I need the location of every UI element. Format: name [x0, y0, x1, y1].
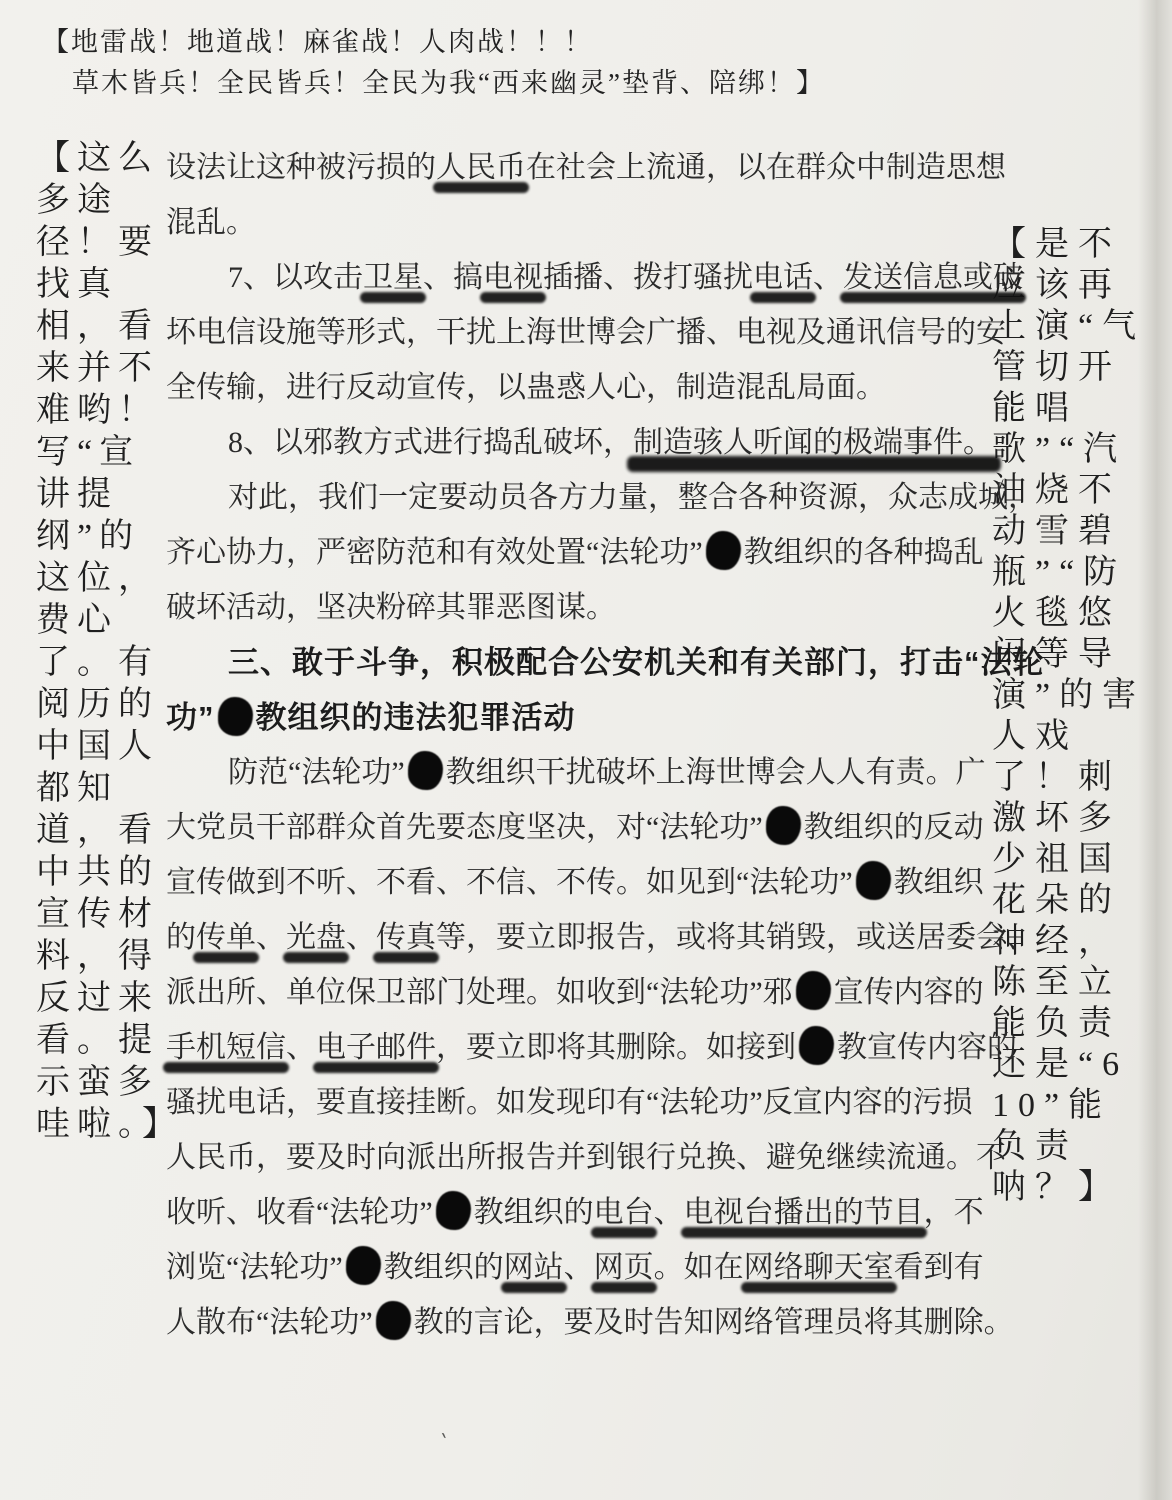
body-text: 8、以邪教方式进行捣乱破坏，	[228, 426, 633, 459]
body-line: 人散布“法轮功”教的言论，要及时告知网络管理员将其删除。	[166, 1295, 984, 1350]
body-line: 的传单、光盘、传真等，要立即报告，或将其销毁，或送居委会、	[166, 910, 984, 965]
body-line: 混乱。	[166, 195, 984, 250]
body-text: ，不	[924, 1196, 984, 1229]
body-text: 在社会上流通，以在群众中制造思想	[526, 151, 1006, 184]
redaction-blob	[218, 697, 253, 736]
marker-underlined-text: 光盘	[286, 921, 346, 954]
redaction-blob	[856, 861, 891, 900]
scanned-document-page: { "page": { "paper_color": "#f0efeb", "i…	[0, 0, 1172, 1500]
body-text: 的	[166, 921, 196, 954]
redaction-blob	[766, 806, 801, 845]
body-line: 大党员干部群众首先要态度坚决，对“法轮功”教组织的反动	[166, 800, 984, 855]
body-line: 对此，我们一定要动员各方力量，整合各种资源，众志成城，	[166, 470, 984, 525]
body-line: 设法让这种被污损的人民币在社会上流通，以在群众中制造思想	[166, 140, 984, 195]
redaction-blob	[706, 531, 741, 570]
body-line: 防范“法轮功”教组织干扰破坏上海世博会人人有责。广	[166, 745, 984, 800]
body-text: 看到有	[894, 1251, 984, 1284]
marker-underlined-text: 手机短信	[166, 1031, 286, 1064]
body-text: 骚扰电话，要直接挂断。如发现印有“法轮功”反宣内容的污损	[166, 1086, 973, 1119]
marker-underlined-text: 电视台播出的节目	[684, 1196, 924, 1229]
body-text: 齐心协力，严密防范和有效处置“法轮功”	[166, 536, 703, 569]
body-line: 破坏活动，坚决粉碎其罪恶图谋。	[166, 580, 984, 635]
top-margin-annotation: 【地雷战！地道战！麻雀战！人肉战！！！ 草木皆兵！全民皆兵！全民为我“西来幽灵”…	[42, 22, 962, 104]
body-line: 全传输，进行反动宣传，以蛊惑人心，制造混乱局面。	[166, 360, 984, 415]
body-line: 功”教组织的违法犯罪活动	[166, 690, 984, 745]
left-margin-annotation: 【这么多途径！要找真相，看来并不难哟！写“宣讲提纲”的这位，费心了。有阅历的中国…	[36, 138, 178, 1146]
body-text: 插播、拨打骚扰	[543, 261, 753, 294]
body-line: 骚扰电话，要直接挂断。如发现印有“法轮功”反宣内容的污损	[166, 1075, 984, 1130]
body-text: 教组织	[894, 866, 984, 899]
body-text: ，要立即将其删除。如接到	[436, 1031, 796, 1064]
body-text: 教的言论，要及时告知网络管理员将其删除。	[414, 1306, 1014, 1339]
marker-underlined-text: 电台	[594, 1196, 654, 1229]
body-line: 浏览“法轮功”教组织的网站、网页。如在网络聊天室看到有	[166, 1240, 984, 1295]
body-line: 7、以攻击卫星、搞电视插播、拨打骚扰电话、发送信息或破	[166, 250, 984, 305]
body-text: 教组织的反动	[804, 811, 984, 844]
marker-underlined-text: 网站	[504, 1251, 564, 1284]
body-text: 三、敢于斗争，积极配合公安机关和有关部门，打击“法轮	[228, 645, 1045, 680]
body-text: 、	[346, 921, 376, 954]
redaction-blob	[376, 1301, 411, 1340]
body-text: 、搞	[423, 261, 483, 294]
body-text: 7、以攻击	[228, 261, 363, 294]
marker-underlined-text: 电视	[483, 261, 543, 294]
redaction-blob	[408, 751, 443, 790]
body-text: 教组织的各种捣乱	[744, 536, 984, 569]
body-line: 坏电信设施等形式，干扰上海世博会广播、电视及通讯信号的安	[166, 305, 984, 360]
body-text: 教组织的	[384, 1251, 504, 1284]
redaction-blob	[436, 1191, 471, 1230]
stray-mark: `	[433, 1431, 452, 1458]
body-text: 等，要立即报告，或将其销毁，或送居委会、	[436, 921, 1036, 954]
body-text: 浏览“法轮功”	[166, 1251, 343, 1284]
body-text: 功”	[166, 700, 215, 735]
marker-underlined-text: 制造骇人听闻的极端事件。	[633, 426, 993, 459]
body-text: 、	[813, 261, 843, 294]
body-text: 破坏活动，坚决粉碎其罪恶图谋。	[166, 591, 616, 624]
marker-underlined-text: 网页	[594, 1251, 654, 1284]
body-text: 、	[564, 1251, 594, 1284]
body-text: 防范“法轮功”	[228, 756, 405, 789]
body-text: 人民币，要及时向派出所报告并到银行兑换、避免继续流通。不	[166, 1141, 1006, 1174]
body-text: 、	[286, 1031, 316, 1064]
marker-underlined-text: 人民币	[436, 151, 526, 184]
body-text: 。如在	[654, 1251, 744, 1284]
body-text: 派出所、单位保卫部门处理。如收到“法轮功”邪	[166, 976, 793, 1009]
body-text: 大党员干部群众首先要态度坚决，对“法轮功”	[166, 811, 763, 844]
marker-underlined-text: 传单	[196, 921, 256, 954]
body-text: 收听、收看“法轮功”	[166, 1196, 433, 1229]
body-line: 三、敢于斗争，积极配合公安机关和有关部门，打击“法轮	[166, 635, 984, 690]
marker-underlined-text: 电子邮件	[316, 1031, 436, 1064]
body-line: 宣传做到不听、不看、不信、不传。如见到“法轮功”教组织	[166, 855, 984, 910]
body-text: 宣传做到不听、不看、不信、不传。如见到“法轮功”	[166, 866, 853, 899]
body-text: 坏电信设施等形式，干扰上海世博会广播、电视及通讯信号的安	[166, 316, 1006, 349]
body-text: 教组织的违法犯罪活动	[256, 700, 576, 735]
marker-underlined-text: 卫星	[363, 261, 423, 294]
body-text: 人散布“法轮功”	[166, 1306, 373, 1339]
body-line: 手机短信、电子邮件，要立即将其删除。如接到教宣传内容的	[166, 1020, 984, 1075]
marker-underlined-text: 网络聊天室	[744, 1251, 894, 1284]
redaction-blob	[346, 1246, 381, 1285]
body-line: 人民币，要及时向派出所报告并到银行兑换、避免继续流通。不	[166, 1130, 984, 1185]
marker-underlined-text: 电话	[753, 261, 813, 294]
body-line: 派出所、单位保卫部门处理。如收到“法轮功”邪宣传内容的	[166, 965, 984, 1020]
body-text: 全传输，进行反动宣传，以蛊惑人心，制造混乱局面。	[166, 371, 886, 404]
document-body: 设法让这种被污损的人民币在社会上流通，以在群众中制造思想混乱。7、以攻击卫星、搞…	[166, 140, 984, 1350]
body-text: 、	[256, 921, 286, 954]
top-annotation-line-1: 【地雷战！地道战！麻雀战！人肉战！！！	[42, 22, 962, 63]
body-text: 教组织干扰破坏上海世博会人人有责。广	[446, 756, 986, 789]
marker-underlined-text: 传真	[376, 921, 436, 954]
marker-underlined-text: 发送信息或破	[843, 261, 1023, 294]
body-text: 宣传内容的	[834, 976, 984, 1009]
body-text: 教组织的	[474, 1196, 594, 1229]
body-line: 收听、收看“法轮功”教组织的电台、电视台播出的节目，不	[166, 1185, 984, 1240]
body-text: 教宣传内容的	[837, 1031, 1017, 1064]
body-text: 、	[654, 1196, 684, 1229]
body-text: 对此，我们一定要动员各方力量，整合各种资源，众志成城，	[228, 481, 1038, 514]
body-text: 设法让这种被污损的	[166, 151, 436, 184]
redaction-blob	[796, 971, 831, 1010]
redaction-blob	[799, 1026, 834, 1065]
body-text: 混乱。	[166, 206, 256, 239]
body-line: 齐心协力，严密防范和有效处置“法轮功”教组织的各种捣乱	[166, 525, 984, 580]
top-annotation-line-2: 草木皆兵！全民皆兵！全民为我“西来幽灵”垫背、陪绑！】	[42, 63, 962, 104]
body-line: 8、以邪教方式进行捣乱破坏，制造骇人听闻的极端事件。	[166, 415, 984, 470]
